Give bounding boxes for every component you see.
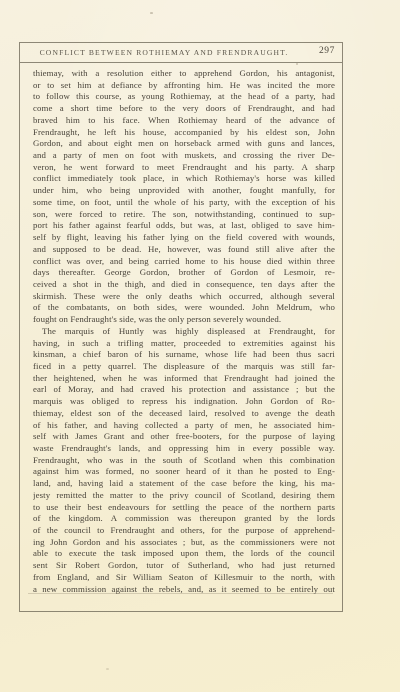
text-line: Frendraught, he left his house, accompan… [33, 127, 335, 139]
running-head: CONFLICT BETWEEN ROTHIEMAY AND FRENDRAUG… [20, 43, 342, 63]
text-line: conflict immediately took place, in whic… [33, 173, 335, 185]
text-line: self with James Grant and other free-boo… [33, 431, 335, 443]
text-line: some time, on foot, until the whole of h… [33, 197, 335, 209]
text-line: come a short time before to the very doo… [33, 103, 335, 115]
text-line: sent Sir Robert Gordon, tutor of Sutherl… [33, 560, 335, 572]
text-line: under him, who being unprovided with ano… [33, 185, 335, 197]
text-line: The marquis of Huntly was highly displea… [33, 326, 335, 338]
text-line: jesty remitted the matter to the privy c… [33, 490, 335, 502]
text-line: of the kingdom. A commission was thereup… [33, 513, 335, 525]
text-line: of the combatants, on both sides, were w… [33, 302, 335, 314]
text-line: able to execute the task imposed upon th… [33, 548, 335, 560]
text-line: from England, and Sir William Seaton of … [33, 572, 335, 584]
text-line: braved him to his face. When Rothiemay h… [33, 115, 335, 127]
text-line: fought on Fendraught's side, was the onl… [33, 314, 335, 326]
page-number: 297 [319, 46, 335, 56]
text-line: and a party of men on foot with muskets,… [33, 150, 335, 162]
text-line: of his father, and having collected a pa… [33, 420, 335, 432]
show-through-rule [28, 593, 333, 594]
text-line: son, were forced to retire. The son, not… [33, 209, 335, 221]
text-line: ther heightened, when he was informed th… [33, 373, 335, 385]
page-border-frame: CONFLICT BETWEEN ROTHIEMAY AND FRENDRAUG… [19, 42, 343, 612]
text-line: to use their best endeavours for settlin… [33, 502, 335, 514]
text-line: days thereafter. George Gordon, brother … [33, 267, 335, 279]
text-line: thiemay, with a resolution either to app… [33, 68, 335, 80]
text-line: kinsman, a chief baron of his surname, w… [33, 349, 335, 361]
text-line: ficed in a petty quarrel. The displeasur… [33, 361, 335, 373]
text-line: earl of Moray, and had craved his protec… [33, 384, 335, 396]
text-line: thiemay, eldest son of the deceased lair… [33, 408, 335, 420]
text-line: port his father against fearful odds, bu… [33, 220, 335, 232]
text-line: ceived a shot in the thigh, and died in … [33, 279, 335, 291]
text-line: of the council to Frendraught and others… [33, 525, 335, 537]
text-line: Frendraught, who was in the south of Sco… [33, 455, 335, 467]
text-line: self by flight, leaving his father lying… [33, 232, 335, 244]
scanned-book-page: CONFLICT BETWEEN ROTHIEMAY AND FRENDRAUG… [0, 0, 400, 692]
text-line: and supposed to be dead. He, however, wa… [33, 244, 335, 256]
text-line: skirmish. These were the only deaths whi… [33, 291, 335, 303]
text-line: veron, he went forward to meet Frendraug… [33, 162, 335, 174]
text-line: to follow this course, as young Rothiema… [33, 91, 335, 103]
text-line: waste Frendraught's lands, and oppressin… [33, 443, 335, 455]
paper-speck [106, 668, 109, 670]
text-line: against him was formed, no sooner heard … [33, 466, 335, 478]
text-line: ing John Gordon and his associates ; but… [33, 537, 335, 549]
running-head-title: CONFLICT BETWEEN ROTHIEMAY AND FRENDRAUG… [20, 48, 308, 57]
text-line: or to set him at defiance by affronting … [33, 80, 335, 92]
text-line: land, and, having laid a statement of th… [33, 478, 335, 490]
text-line: conflict was over, and being carried hom… [33, 256, 335, 268]
text-line: marquis was obliged to repress his indig… [33, 396, 335, 408]
text-line: Gordon, and about eight men on horseback… [33, 138, 335, 150]
paper-speck [150, 12, 153, 14]
text-line: having, in such a trifling matter, proce… [33, 338, 335, 350]
body-text: thiemay, with a resolution either to app… [20, 63, 342, 595]
